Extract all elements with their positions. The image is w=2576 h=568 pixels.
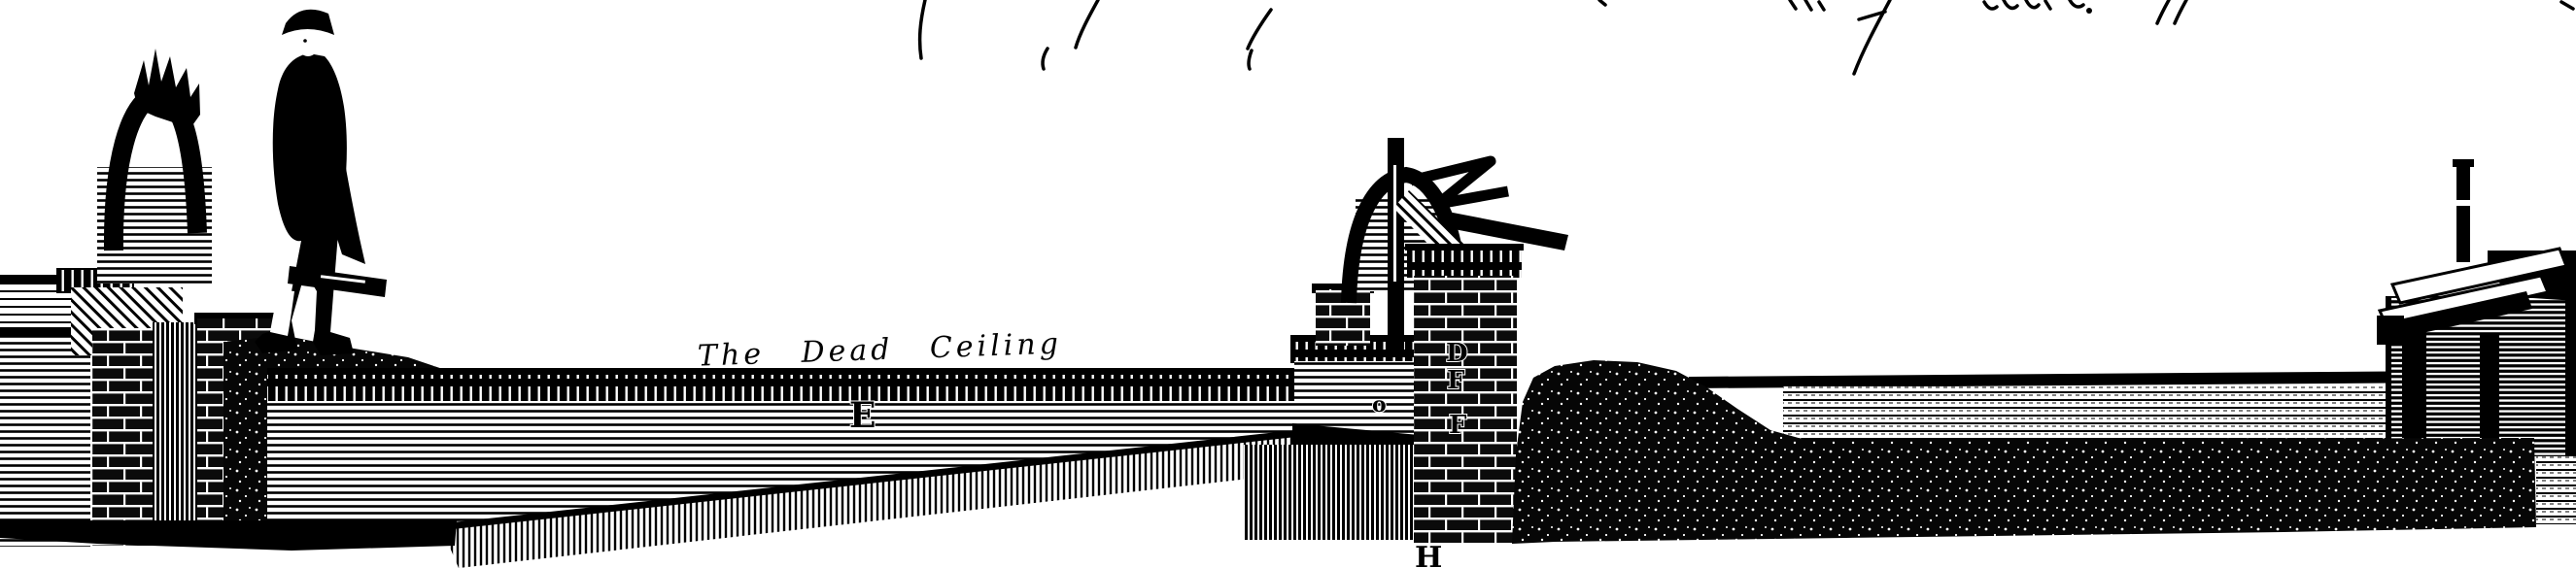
right-inner-post <box>2480 334 2499 451</box>
middle-pier-coping <box>1407 249 1522 278</box>
middle-pier <box>1414 276 1517 544</box>
windlass-post-highlight <box>1393 165 1396 282</box>
windlass-bar <box>288 266 387 297</box>
far-left-wall <box>0 335 90 547</box>
right-ledge-block <box>2377 316 2404 345</box>
workman-figure <box>255 10 387 355</box>
wall-top-band <box>267 372 1351 401</box>
handwriting-marks <box>920 0 2573 74</box>
wall-caption: The Dead Ceiling <box>697 327 1062 374</box>
left-arch-pier <box>92 328 155 546</box>
label-f-lower: F <box>1449 411 1467 440</box>
label-o: o <box>1372 392 1387 418</box>
right-sluice-structure <box>2377 159 2576 456</box>
label-f-upper: F <box>1447 366 1465 395</box>
right-front-leg <box>2402 330 2426 449</box>
label-h: H <box>1415 541 1442 568</box>
workman-face <box>297 31 319 56</box>
sluice-rod-gap <box>2456 200 2470 206</box>
workman-eye <box>303 39 307 43</box>
right-edge-block <box>2565 251 2576 456</box>
engraving-canvas: The Dead Ceiling E o D F F H <box>0 0 2576 568</box>
middle-pier-coping-edge <box>1405 244 1524 251</box>
label-d: D <box>1446 339 1468 368</box>
engraving-plate: The Dead Ceiling E o D F F H <box>0 0 2576 568</box>
middle-gate-planks <box>1244 445 1415 540</box>
left-gate-planks <box>153 322 199 544</box>
windlass-crank <box>1411 161 1508 204</box>
ink-dot <box>2086 8 2092 14</box>
sluice-rod <box>2456 163 2470 262</box>
label-e: E <box>849 395 876 436</box>
